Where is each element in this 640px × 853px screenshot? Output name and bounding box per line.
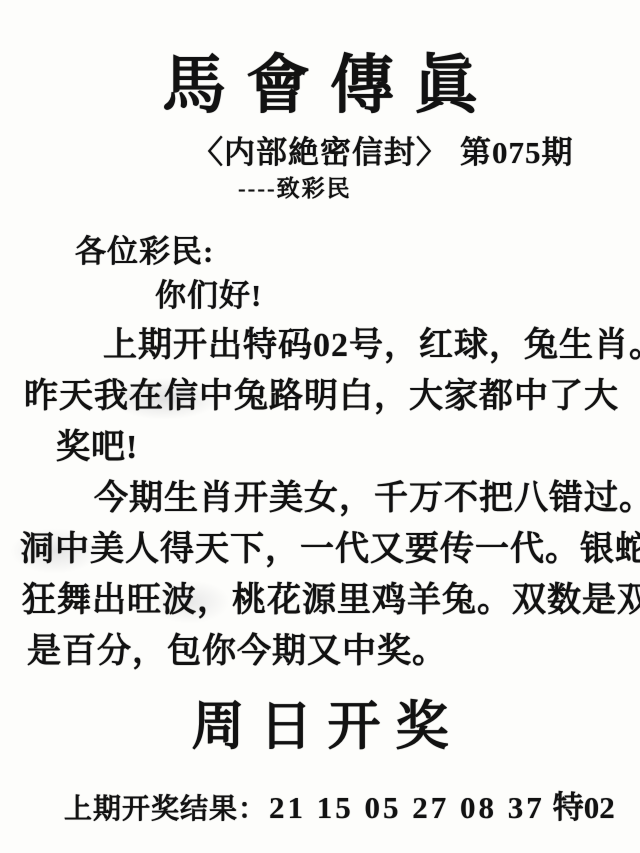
- letter-line: 狂舞出旺波，桃花源里鸡羊兔。双数是双: [22, 575, 640, 626]
- draw-day-title: 周日开奖: [0, 698, 640, 756]
- letter-line: 今期生肖开美女，千万不把八错过。: [94, 473, 640, 524]
- special-number: 特02: [553, 790, 615, 825]
- letter-line: 洞中美人得天下，一代又要传一代。银蛇: [20, 524, 640, 575]
- document-title: 馬會傳眞: [0, 52, 640, 119]
- dedication-line: ----致彩民: [238, 170, 352, 203]
- document-subtitle: 〈内部絶密信封〉第075期: [192, 127, 574, 172]
- fax-document-page: 馬會傳眞 〈内部絶密信封〉第075期 ----致彩民 各位彩民: 你们好! 上期…: [0, 0, 640, 853]
- issue-number: 第075期: [460, 135, 574, 170]
- letter-body: 上期开出特码02号，红球，兔生肖。 昨天我在信中兔路明白，大家都中了大 奖吧! …: [0, 320, 640, 677]
- letter-line: 奖吧!: [56, 422, 640, 473]
- letter-line: 上期开出特码02号，红球，兔生肖。: [103, 320, 640, 371]
- results-numbers: 21 15 05 27 08 37: [269, 790, 545, 825]
- results-label: 上期开奖结果：: [64, 794, 267, 825]
- greeting: 你们好!: [155, 270, 262, 315]
- letter-line: 昨天我在信中兔路明白，大家都中了大: [24, 371, 640, 422]
- confidential-envelope-label: 〈内部絶密信封〉: [192, 135, 448, 170]
- salutation: 各位彩民:: [75, 226, 214, 271]
- previous-draw-results: 上期开奖结果：21 15 05 27 08 37特02: [64, 782, 615, 827]
- letter-line: 是百分，包你今期又中奖。: [27, 626, 640, 677]
